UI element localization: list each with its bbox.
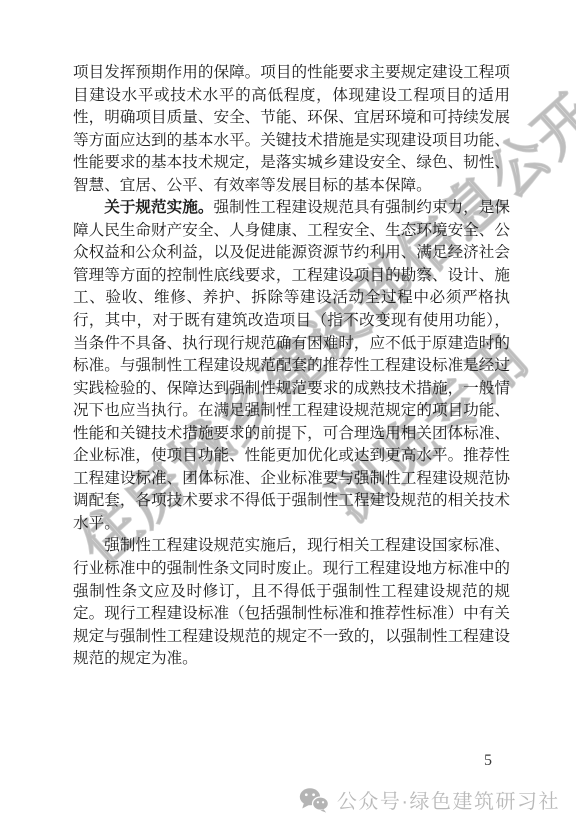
paragraph-2-bold-lead: 关于规范实施。 — [104, 199, 213, 216]
wechat-icon — [299, 787, 329, 813]
footer-brand: 公众号·绿色建筑研习社 — [299, 785, 560, 814]
footer-wechat-label: 公众号·绿色建筑研习社 — [337, 785, 560, 814]
document-page: 住房城乡建设部信息公开 浏览专用 项目发挥预期作用的保障。项目的性能要求主要规定… — [0, 0, 576, 834]
paragraph-2-text: 强制性工程建设规范具有强制约束力，是保障人民生命财产安全、人身健康、工程安全、生… — [73, 199, 510, 532]
page-number: 5 — [484, 752, 492, 770]
body-paragraph-1: 项目发挥预期作用的保障。项目的性能要求主要规定建设工程项目建设水平或技术水平的高… — [73, 62, 510, 197]
body-paragraph-2: 关于规范实施。强制性工程建设规范具有强制约束力，是保障人民生命财产安全、人身健康… — [73, 197, 510, 535]
body-paragraph-3: 强制性工程建设规范实施后，现行相关工程建设国家标准、行业标准中的强制性条文同时废… — [73, 535, 510, 670]
body-text: 项目发挥预期作用的保障。项目的性能要求主要规定建设工程项目建设水平或技术水平的高… — [73, 62, 510, 671]
